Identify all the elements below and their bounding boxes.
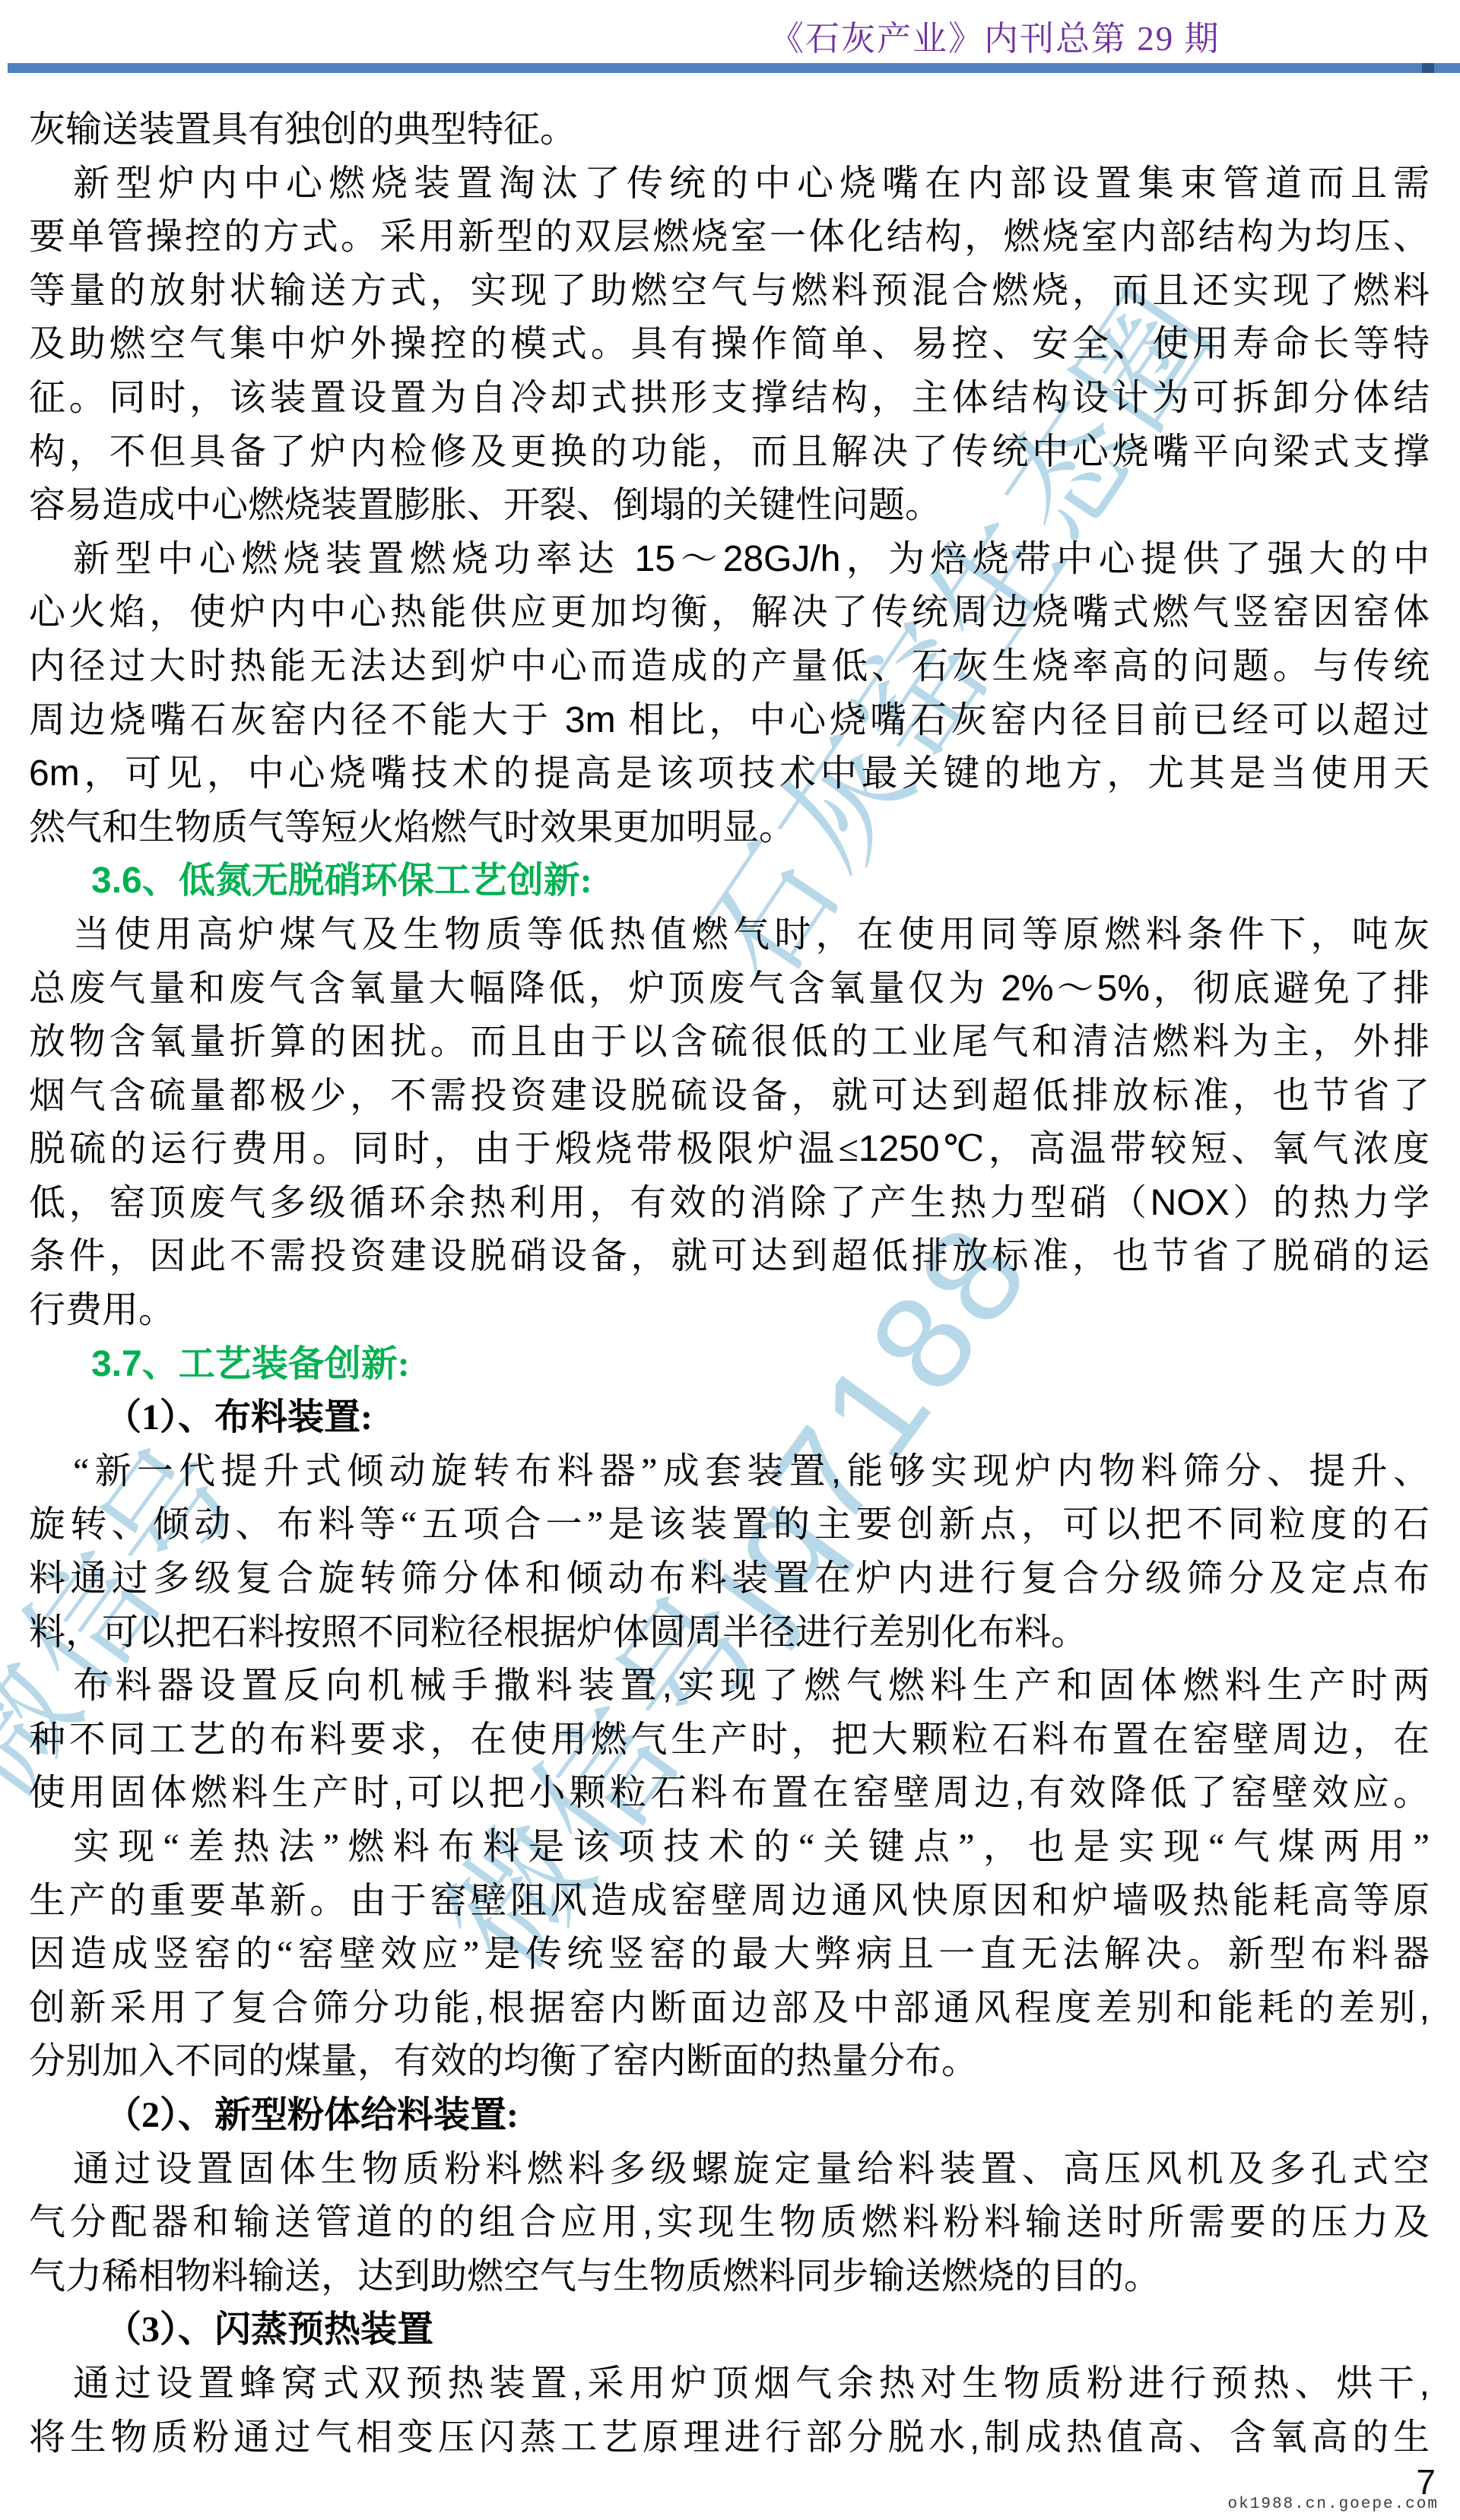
text-line: 旋转、倾动、布料等“五项合一”是该装置的主要创新点，可以把不同粒度的石	[29, 1498, 1430, 1552]
text-line: 通过设置固体生物质粉料燃料多级螺旋定量给料装置、高压风机及多孔式空	[29, 2143, 1430, 2197]
text-line: 使用固体燃料生产时,可以把小颗粒石料布置在窑壁周边,有效降低了窑壁效应。	[29, 1767, 1430, 1821]
text-line: 总废气量和废气含氧量大幅降低，炉顶废气含氧量仅为 2%～5%，彻底避免了排	[29, 962, 1430, 1016]
header-divider-bar-tick	[1422, 63, 1434, 73]
text-line: 生产的重要革新。由于窑壁阻风造成窑壁周边通风快原因和炉墙吸热能耗高等原	[29, 1875, 1430, 1929]
text-line: 低，窑顶废气多级循环余热利用，有效的消除了产生热力型硝（NOX）的热力学	[29, 1177, 1430, 1231]
text-line: 征。同时，该装置设置为自冷却式拱形支撑结构，主体结构设计为可拆卸分体结	[29, 372, 1430, 426]
footer-url: ok1988.cn.goepe.com	[1228, 2496, 1439, 2513]
text-line: 然气和生物质气等短火焰燃气时效果更加明显。	[29, 801, 1430, 855]
text-line: 气力稀相物料输送，达到助燃空气与生物质燃料同步输送燃烧的目的。	[29, 2250, 1430, 2304]
text-line: 料通过多级复合旋转筛分体和倾动布料装置在炉内进行复合分级筛分及定点布	[29, 1552, 1430, 1606]
text-line: 当使用高炉煤气及生物质等低热值燃气时，在使用同等原燃料条件下，吨灰	[29, 908, 1430, 962]
text-line: 要单管操控的方式。采用新型的双层燃烧室一体化结构，燃烧室内部结构为均压、	[29, 211, 1430, 265]
journal-header-title: 《石灰产业》内刊总第 29 期	[770, 11, 1220, 60]
heading-line: 3.6、低氮无脱硝环保工艺创新:	[29, 854, 1430, 908]
text-line: “新一代提升式倾动旋转布料器”成套装置,能够实现炉内物料筛分、提升、	[29, 1445, 1430, 1499]
text-line: 实现“差热法”燃料布料是该项技术的“关键点”，也是实现“气煤两用”	[29, 1821, 1430, 1875]
heading-line: （3）、闪蒸预热装置	[29, 2303, 1430, 2357]
text-line: 放物含氧量折算的困扰。而且由于以含硫很低的工业尾气和清洁燃料为主，外排	[29, 1016, 1430, 1070]
text-line: 将生物质粉通过气相变压闪蒸工艺原理进行部分脱水,制成热值高、含氧高的生	[29, 2411, 1430, 2465]
text-line: 新型中心燃烧装置燃烧功率达 15～28GJ/h，为焙烧带中心提供了强大的中	[29, 533, 1430, 587]
text-line: 条件，因此不需投资建设脱硝设备，就可达到超低排放标准，也节省了脱硝的运	[29, 1230, 1430, 1284]
text-line: 心火焰，使炉内中心热能供应更加均衡，解决了传统周边烧嘴式燃气竖窑因窑体	[29, 586, 1430, 640]
text-line: 脱硫的运行费用。同时，由于煅烧带极限炉温≤1250℃，高温带较短、氧气浓度	[29, 1123, 1430, 1177]
text-line: 行费用。	[29, 1284, 1430, 1338]
heading-line: （2）、新型粉体给料装置:	[29, 2089, 1430, 2143]
heading-line: （1）、布料装置:	[29, 1391, 1430, 1445]
text-line: 灰输送装置具有独创的典型特征。	[29, 103, 1430, 157]
text-line: 分别加入不同的煤量，有效的均衡了窑内断面的热量分布。	[29, 2035, 1430, 2089]
text-line: 气分配器和输送管道的的组合应用,实现生物质燃料粉料输送时所需要的压力及	[29, 2196, 1430, 2250]
text-line: 种不同工艺的布料要求，在使用燃气生产时，把大颗粒石料布置在窑壁周边，在	[29, 1713, 1430, 1767]
text-line: 新型炉内中心燃烧装置淘汰了传统的中心烧嘴在内部设置集束管道而且需	[29, 157, 1430, 211]
document-body: 灰输送装置具有独创的典型特征。新型炉内中心燃烧装置淘汰了传统的中心烧嘴在内部设置…	[29, 103, 1430, 2465]
heading-line: 3.7、工艺装备创新:	[29, 1338, 1430, 1392]
text-line: 及助燃空气集中炉外操控的模式。具有操作简单、易控、安全、使用寿命长等特	[29, 318, 1430, 372]
text-line: 因造成竖窑的“窑壁效应”是传统竖窑的最大弊病且一直无法解决。新型布料器	[29, 1928, 1430, 1982]
text-line: 内径过大时热能无法达到炉中心而造成的产量低、石灰生烧率高的问题。与传统	[29, 640, 1430, 694]
document-page: 《石灰产业》内刊总第 29 期 石灰窑生态圈 微信号jq7188 微信号 灰输送…	[0, 0, 1460, 2520]
text-line: 6m，可见，中心烧嘴技术的提高是该项技术中最关键的地方，尤其是当使用天	[29, 747, 1430, 801]
text-line: 通过设置蜂窝式双预热装置,采用炉顶烟气余热对生物质粉进行预热、烘干,	[29, 2357, 1430, 2411]
text-line: 周边烧嘴石灰窑内径不能大于 3m 相比，中心烧嘴石灰窑内径目前已经可以超过	[29, 694, 1430, 748]
text-line: 容易造成中心燃烧装置膨胀、开裂、倒塌的关键性问题。	[29, 479, 1430, 533]
header-divider-bar	[8, 63, 1460, 73]
text-line: 料，可以把石料按照不同粒径根据炉体圆周半径进行差别化布料。	[29, 1606, 1430, 1660]
text-line: 等量的放射状输送方式，实现了助燃空气与燃料预混合燃烧，而且还实现了燃料	[29, 265, 1430, 319]
text-line: 烟气含硫量都极少，不需投资建设脱硫设备，就可达到超低排放标准，也节省了	[29, 1070, 1430, 1124]
text-line: 布料器设置反向机械手撒料装置,实现了燃气燃料生产和固体燃料生产时两	[29, 1659, 1430, 1713]
text-line: 创新采用了复合筛分功能,根据窑内断面边部及中部通风程度差别和能耗的差别,	[29, 1982, 1430, 2036]
text-line: 构，不但具备了炉内检修及更换的功能，而且解决了传统中心烧嘴平向梁式支撑	[29, 426, 1430, 480]
